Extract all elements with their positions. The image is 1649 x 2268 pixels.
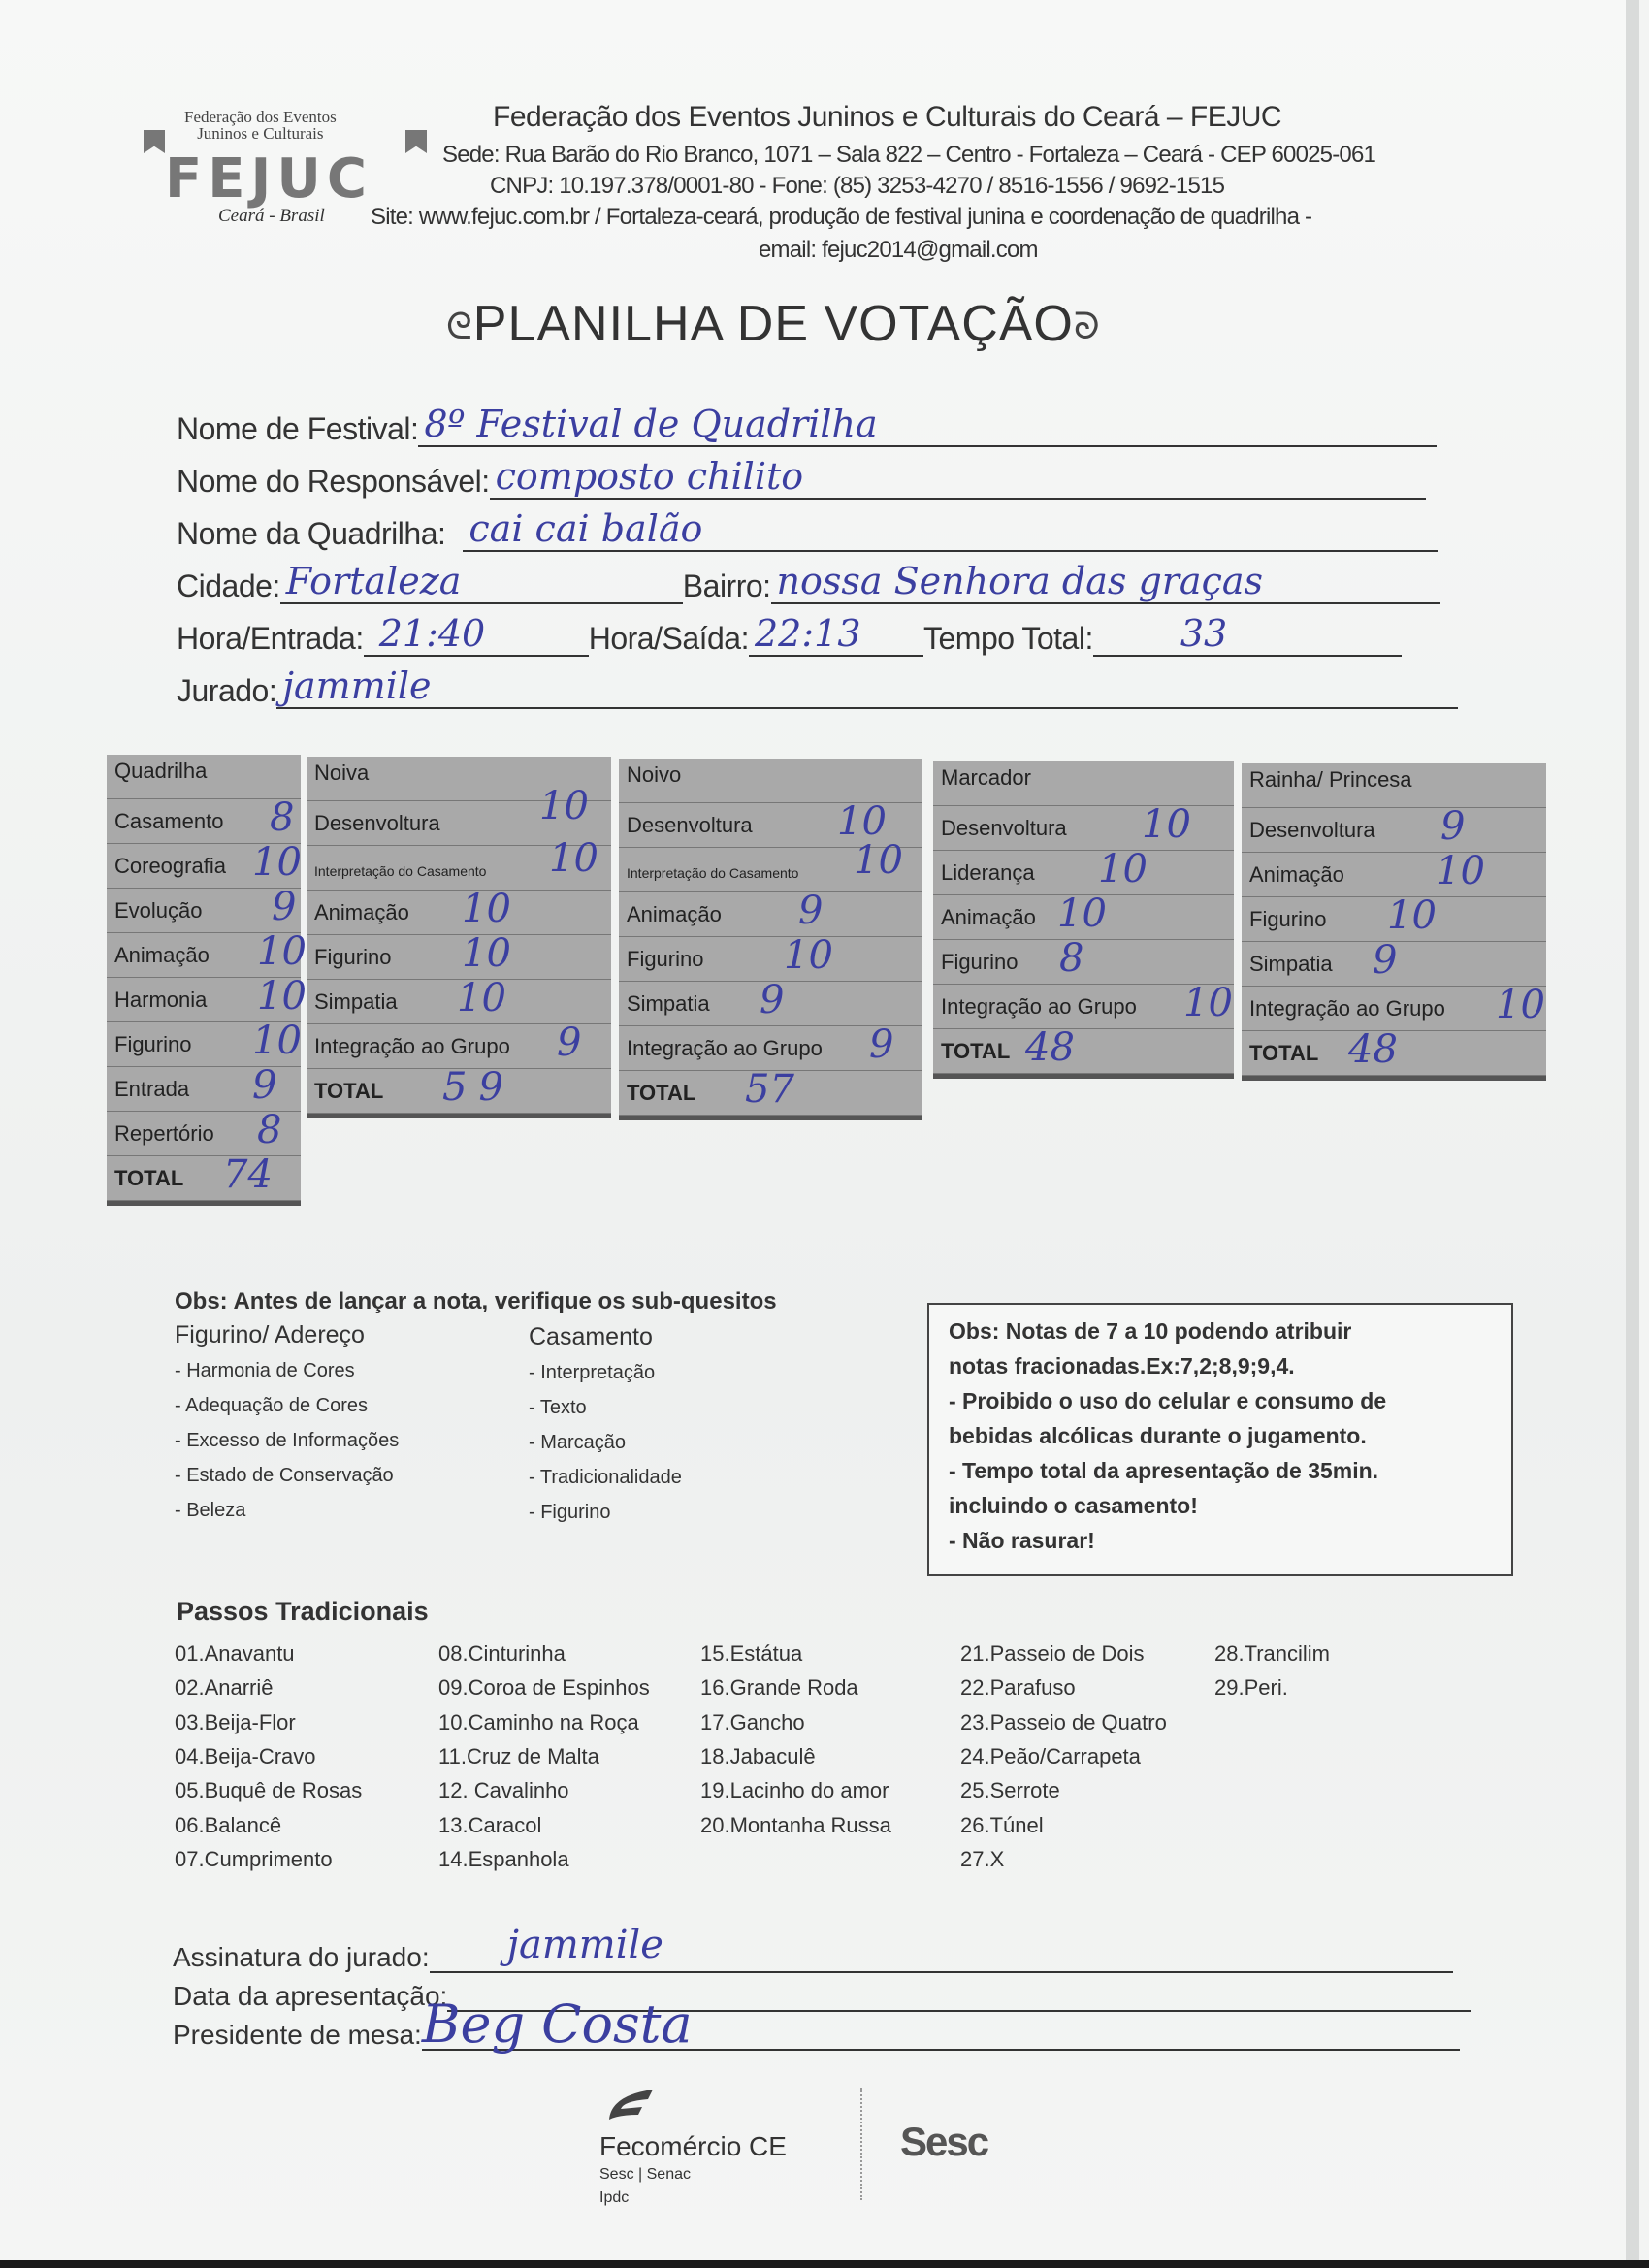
field-quadrilha-input[interactable]: cai cai balão [463, 517, 1438, 552]
passo-item: 03.Beija-Flor [175, 1710, 296, 1735]
total-value: 48 [1025, 1025, 1075, 1070]
org-title: Federação dos Eventos Juninos e Culturai… [493, 101, 1281, 134]
table-title: Noiva [314, 761, 369, 786]
total-value: 59 [442, 1065, 515, 1110]
rule-line: bebidas alcólicas durante o jugamento. [949, 1423, 1367, 1449]
field-bairro-value: nossa Senhora das graças [777, 560, 1263, 602]
criterion-label: Desenvoltura [941, 816, 1067, 841]
passo-item: 11.Cruz de Malta [438, 1744, 599, 1769]
table-header: Quadrilha [107, 755, 301, 799]
passo-item: 05.Buquê de Rosas [175, 1778, 362, 1803]
field-quadrilha-label: Nome da Quadrilha: [177, 516, 445, 552]
total-label: TOTAL [1249, 1041, 1318, 1066]
obs-heading: Obs: Antes de lançar a nota, verifique o… [175, 1288, 777, 1315]
criterion-label: Figurino [314, 945, 391, 970]
obs-casamento-item: - Texto [529, 1397, 587, 1419]
score-value: 10 [539, 784, 589, 828]
score-value: 10 [462, 931, 511, 976]
criterion-label: Simpatia [314, 989, 398, 1015]
signature-jurado-value: jammile [507, 1923, 663, 1967]
sesc-logo: Sesc [900, 2119, 987, 2165]
table-row[interactable]: Animação9 [619, 892, 921, 937]
obs-figurino-item: - Estado de Conservação [175, 1465, 394, 1487]
obs-casamento-item: - Tradicionalidade [529, 1467, 682, 1489]
field-festival-input[interactable]: 8º Festival de Quadrilha [418, 412, 1437, 447]
swirl-ornament-icon: ᘐ [1074, 307, 1101, 348]
obs-casamento-item: - Figurino [529, 1502, 610, 1524]
table-row[interactable]: Animação10 [307, 891, 611, 935]
bunting-flag-icon [144, 130, 165, 153]
score-value: 10 [1436, 849, 1485, 893]
criterion-label: Figurino [114, 1032, 191, 1057]
field-responsavel-label: Nome do Responsável: [177, 464, 490, 500]
field-cidade-value: Fortaleza [286, 560, 462, 602]
table-row[interactable]: Interpretação do Casamento10 [619, 848, 921, 892]
table-row[interactable]: Animação10 [933, 895, 1234, 940]
criterion-label: Harmonia [114, 988, 207, 1013]
field-cidade: Cidade: Fortaleza Bairro: nossa Senhora … [177, 568, 1440, 604]
score-value: 9 [798, 889, 823, 933]
criterion-label: Figurino [941, 950, 1018, 975]
obs-figurino-item: - Excesso de Informações [175, 1430, 399, 1452]
criterion-label: Entrada [114, 1077, 189, 1102]
table-row[interactable]: Desenvoltura9 [1242, 808, 1546, 853]
passo-item: 13.Caracol [438, 1813, 541, 1838]
field-festival-value: 8º Festival de Quadrilha [424, 403, 877, 445]
table-title: Rainha/ Princesa [1249, 767, 1412, 793]
bunting-flag-icon [405, 130, 427, 153]
field-quadrilha-value: cai cai balão [469, 507, 702, 550]
table-title: Noivo [627, 762, 681, 788]
table-row[interactable]: Figurino10 [619, 937, 921, 982]
passo-item: 02.Anarriê [175, 1675, 274, 1701]
field-tempo-total-input[interactable]: 33 [1093, 622, 1402, 657]
obs-figurino-item: - Adequação de Cores [175, 1395, 368, 1417]
signature-data: Data da apresentação: [173, 1981, 1471, 2012]
rule-line: - Tempo total da apresentação de 35min. [949, 1458, 1378, 1484]
criterion-label: Simpatia [1249, 952, 1333, 977]
obs-casamento-title: Casamento [529, 1323, 653, 1351]
field-responsavel-input[interactable]: composto chilito [490, 465, 1426, 500]
logo-wordmark: FEJUC [165, 147, 372, 211]
score-value: 10 [549, 836, 598, 881]
passo-item: 07.Cumprimento [175, 1847, 333, 1872]
table-title: Quadrilha [114, 759, 207, 784]
passo-item: 06.Balancê [175, 1813, 281, 1838]
table-row[interactable]: Integração ao Grupo10 [1242, 987, 1546, 1031]
table-row[interactable]: Figurino10 [1242, 897, 1546, 942]
rule-line: notas fracionadas.Ex:7,2;8,9;9,4. [949, 1353, 1295, 1379]
signature-presidente: Presidente de mesa: Beg Costa [173, 2020, 1460, 2051]
org-site: Site: www.fejuc.com.br / Fortaleza-ceará… [371, 204, 1311, 231]
field-jurado-value: jammile [282, 664, 431, 707]
table-row[interactable]: Coreografia10 [107, 844, 301, 889]
total-label: TOTAL [114, 1166, 183, 1191]
score-value: 10 [1496, 983, 1545, 1027]
criterion-label: Animação [1249, 862, 1344, 888]
obs-casamento-item: - Interpretação [529, 1362, 655, 1384]
document-title-text: PLANILHA DE VOTAÇÃO [473, 296, 1074, 352]
document-title: ᘓPLANILHA DE VOTAÇÃOᘐ [446, 295, 1101, 353]
score-value: 9 [1440, 804, 1465, 849]
score-value: 9 [252, 1063, 276, 1108]
signature-presidente-label: Presidente de mesa: [173, 2020, 422, 2051]
passo-item: 23.Passeio de Quatro [960, 1710, 1167, 1735]
total-value: 48 [1348, 1027, 1398, 1072]
passo-item: 04.Beija-Cravo [175, 1744, 316, 1769]
score-value: 10 [462, 887, 511, 931]
passo-item: 26.Túnel [960, 1813, 1044, 1838]
passo-item: 15.Estátua [700, 1641, 802, 1667]
obs-figurino-title: Figurino/ Adereço [175, 1321, 365, 1349]
signature-data-label: Data da apresentação: [173, 1981, 447, 2012]
table-row[interactable]: Entrada9 [107, 1067, 301, 1112]
table-total-row: TOTAL59 [307, 1069, 611, 1114]
rule-line: Obs: Notas de 7 a 10 podendo atribuir [949, 1318, 1351, 1345]
passo-item: 01.Anavantu [175, 1641, 295, 1667]
criterion-label: Integração ao Grupo [627, 1036, 823, 1061]
table-row[interactable]: Animação10 [1242, 853, 1546, 897]
passo-item: 24.Peão/Carrapeta [960, 1744, 1141, 1769]
field-responsavel: Nome do Responsável: composto chilito [177, 464, 1426, 500]
rule-line: incluindo o casamento! [949, 1493, 1198, 1519]
passo-item: 19.Lacinho do amor [700, 1778, 889, 1803]
table-row[interactable]: Integração ao Grupo10 [933, 985, 1234, 1029]
total-value: 57 [745, 1067, 794, 1112]
passo-item: 09.Coroa de Espinhos [438, 1675, 650, 1701]
signature-jurado-input[interactable]: jammile [430, 1944, 1453, 1973]
table-header: Marcador [933, 761, 1234, 806]
field-cidade-label: Cidade: [177, 568, 280, 604]
passo-item: 29.Peri. [1214, 1675, 1288, 1701]
signature-presidente-input[interactable]: Beg Costa [422, 2022, 1460, 2051]
passo-item: 18.Jabaculê [700, 1744, 816, 1769]
field-tempo-total-label: Tempo Total: [923, 621, 1093, 657]
field-hora-saida-input[interactable]: 22:13 [749, 622, 923, 657]
logo-subtitle: Ceará - Brasil [218, 206, 325, 227]
scan-edge [0, 2260, 1649, 2268]
logo-small-text: Federação dos Eventos Juninos e Culturai… [184, 109, 337, 142]
table-marcador: Marcador Desenvoltura10 Liderança10 Anim… [933, 761, 1234, 1079]
passo-item: 08.Cinturinha [438, 1641, 566, 1667]
fecomercio-sub2: Ipdc [599, 2189, 787, 2207]
table-row[interactable]: Simpatia9 [619, 982, 921, 1026]
score-value: 8 [1059, 936, 1083, 981]
score-value: 10 [1057, 891, 1107, 936]
logo-line2: Juninos e Culturais [184, 125, 337, 142]
field-hora-saida-label: Hora/Saída: [589, 621, 749, 657]
criterion-label: Desenvoltura [627, 813, 753, 838]
criterion-label: Simpatia [627, 991, 710, 1017]
table-row[interactable]: Simpatia9 [1242, 942, 1546, 987]
total-label: TOTAL [314, 1079, 383, 1104]
table-title: Marcador [941, 765, 1031, 791]
passo-item: 28.Trancilim [1214, 1641, 1330, 1667]
fecomercio-sub1: Sesc | Senac [599, 2166, 787, 2184]
field-jurado-input[interactable]: jammile [276, 674, 1458, 709]
table-row[interactable]: Animação10 [107, 933, 301, 978]
rules-box: Obs: Notas de 7 a 10 podendo atribuir no… [927, 1303, 1513, 1576]
org-email: email: fejuc2014@gmail.com [759, 237, 1038, 264]
rule-line: - Não rasurar! [949, 1528, 1095, 1554]
obs-casamento-item: - Marcação [529, 1432, 626, 1454]
criterion-label: Casamento [114, 809, 224, 834]
table-row[interactable]: Desenvoltura10 [933, 806, 1234, 851]
table-total-row: TOTAL57 [619, 1071, 921, 1116]
fecomercio-mark-icon [599, 2086, 658, 2124]
field-hora-saida-value: 22:13 [755, 612, 861, 655]
passo-item: 10.Caminho na Roça [438, 1710, 639, 1735]
criterion-label: Repertório [114, 1121, 214, 1147]
table-quadrilha: Quadrilha Casamento8 Coreografia10 Evolu… [107, 755, 301, 1206]
criterion-label: Desenvoltura [314, 811, 440, 836]
table-row[interactable]: Integração ao Grupo9 [619, 1026, 921, 1071]
criterion-label: Animação [314, 900, 409, 925]
passo-item: 12. Cavalinho [438, 1778, 569, 1803]
logo-line1: Federação dos Eventos [184, 109, 337, 125]
table-header: Noivo [619, 759, 921, 803]
score-value: 10 [252, 840, 302, 885]
passo-item: 22.Parafuso [960, 1675, 1076, 1701]
criterion-label: Animação [627, 902, 722, 927]
field-cidade-input[interactable]: Fortaleza [280, 569, 683, 604]
score-value: 10 [1183, 981, 1233, 1025]
score-value: 9 [760, 978, 784, 1022]
table-row[interactable]: Simpatia10 [307, 980, 611, 1024]
criterion-label: Interpretação do Casamento [627, 865, 798, 881]
criterion-label: Animação [114, 943, 210, 968]
criterion-label: Integração ao Grupo [941, 994, 1137, 1020]
criterion-label: Interpretação do Casamento [314, 863, 486, 879]
field-horarios: Hora/Entrada: 21:40 Hora/Saída: 22:13 Te… [177, 621, 1402, 657]
score-value: 9 [869, 1022, 893, 1067]
score-value: 9 [1373, 938, 1397, 983]
table-row[interactable]: Evolução9 [107, 889, 301, 933]
criterion-label: Animação [941, 905, 1036, 930]
table-row[interactable]: Figurino10 [307, 935, 611, 980]
criterion-label: Coreografia [114, 854, 226, 879]
score-value: 10 [1142, 802, 1191, 847]
org-address: Sede: Rua Barão do Rio Branco, 1071 – Sa… [442, 142, 1375, 169]
score-value: 10 [257, 974, 307, 1019]
field-bairro-label: Bairro: [683, 568, 771, 604]
table-row[interactable]: Interpretação do Casamento10 [307, 846, 611, 891]
passo-item: 16.Grande Roda [700, 1675, 858, 1701]
signature-jurado: Assinatura do jurado: jammile [173, 1942, 1453, 1973]
total-label: TOTAL [627, 1081, 695, 1106]
table-total-row: TOTAL48 [1242, 1031, 1546, 1076]
passo-item: 14.Espanhola [438, 1847, 569, 1872]
table-row[interactable]: Casamento8 [107, 799, 301, 844]
signature-jurado-label: Assinatura do jurado: [173, 1942, 430, 1973]
table-total-row: TOTAL48 [933, 1029, 1234, 1074]
table-rainha-princesa: Rainha/ Princesa Desenvoltura9 Animação1… [1242, 763, 1546, 1081]
signature-presidente-value: Beg Costa [422, 1993, 693, 2055]
table-total-row: TOTAL74 [107, 1156, 301, 1201]
field-hora-entrada-input[interactable]: 21:40 [364, 622, 589, 657]
fecomercio-text: Fecomércio CE [599, 2131, 787, 2162]
table-row[interactable]: Repertório8 [107, 1112, 301, 1156]
score-value: 10 [457, 976, 506, 1021]
field-jurado: Jurado: jammile [177, 673, 1458, 709]
total-label: TOTAL [941, 1039, 1010, 1064]
fecomercio-logo: Fecomércio CE Sesc | Senac Ipdc [599, 2086, 787, 2207]
criterion-label: Integração ao Grupo [314, 1034, 510, 1059]
footer-divider [860, 2088, 862, 2200]
obs-figurino-item: - Harmonia de Cores [175, 1360, 355, 1382]
field-hora-entrada-value: 21:40 [379, 612, 486, 655]
score-value: 9 [272, 885, 296, 929]
passo-item: 20.Montanha Russa [700, 1813, 891, 1838]
score-value: 10 [784, 933, 833, 978]
obs-figurino-item: - Beleza [175, 1500, 245, 1522]
total-value: 74 [223, 1152, 273, 1197]
table-noivo: Noivo Desenvoltura10 Interpretação do Ca… [619, 759, 921, 1120]
swirl-ornament-icon: ᘓ [446, 307, 473, 348]
score-value: 9 [557, 1021, 581, 1065]
field-festival: Nome de Festival: 8º Festival de Quadril… [177, 411, 1437, 447]
passo-item: 27.X [960, 1847, 1004, 1872]
table-row[interactable]: Figurino8 [933, 940, 1234, 985]
field-bairro-input[interactable]: nossa Senhora das graças [771, 569, 1440, 604]
table-noiva: Noiva Desenvoltura10 Interpretação do Ca… [307, 757, 611, 1118]
table-row[interactable]: Integração ao Grupo9 [307, 1024, 611, 1069]
table-row[interactable]: Figurino10 [107, 1022, 301, 1067]
score-value: 10 [1387, 893, 1437, 938]
criterion-label: Desenvoltura [1249, 818, 1375, 843]
score-value: 10 [1098, 847, 1148, 891]
score-value: 10 [252, 1019, 302, 1063]
criterion-label: Figurino [627, 947, 703, 972]
org-cnpj-phone: CNPJ: 10.197.378/0001-80 - Fone: (85) 32… [490, 173, 1224, 200]
field-festival-label: Nome de Festival: [177, 411, 418, 447]
passo-item: 17.Gancho [700, 1710, 805, 1735]
criterion-label: Liderança [941, 860, 1035, 886]
table-header: Rainha/ Princesa [1242, 763, 1546, 808]
criterion-label: Integração ao Grupo [1249, 996, 1445, 1021]
field-quadrilha: Nome da Quadrilha: cai cai balão [177, 516, 1438, 552]
field-jurado-label: Jurado: [177, 673, 276, 709]
score-value: 10 [854, 838, 903, 883]
table-row[interactable]: Liderança10 [933, 851, 1234, 895]
field-tempo-total-value: 33 [1180, 612, 1227, 655]
score-value: 8 [257, 1108, 281, 1152]
criterion-label: Figurino [1249, 907, 1326, 932]
rule-line: - Proibido o uso do celular e consumo de [949, 1388, 1386, 1414]
field-hora-entrada-label: Hora/Entrada: [177, 621, 364, 657]
passos-title: Passos Tradicionais [177, 1597, 429, 1627]
criterion-label: Evolução [114, 898, 203, 923]
score-value: 8 [270, 795, 294, 840]
passo-item: 21.Passeio de Dois [960, 1641, 1145, 1667]
field-responsavel-value: composto chilito [496, 455, 804, 498]
score-value: 10 [257, 929, 307, 974]
table-row[interactable]: Harmonia10 [107, 978, 301, 1022]
passo-item: 25.Serrote [960, 1778, 1060, 1803]
